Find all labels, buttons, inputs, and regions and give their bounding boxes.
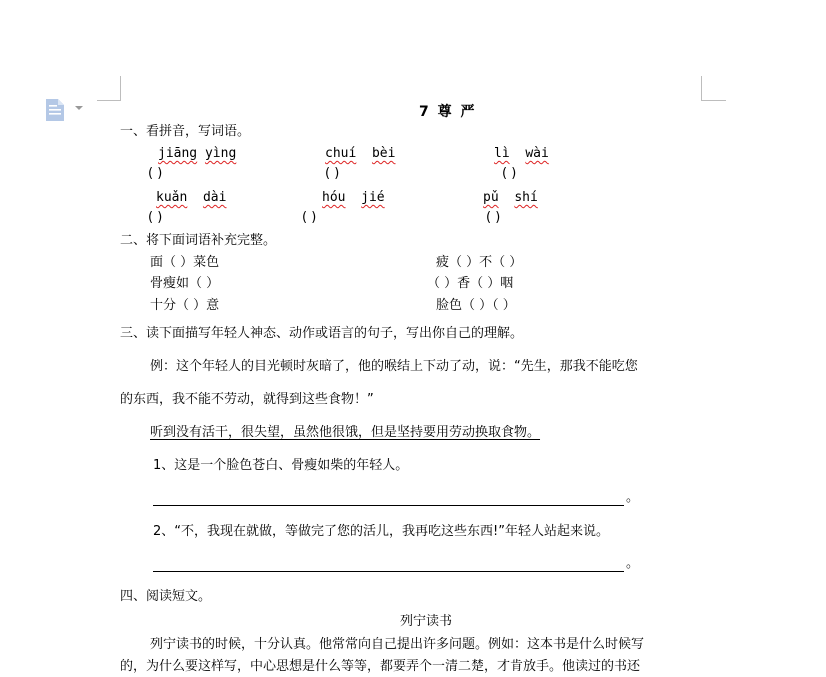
- answer-blank-5[interactable]: ( ): [302, 210, 316, 226]
- pinyin-syllable: hóu: [322, 190, 345, 205]
- page-corner-top-right: [701, 76, 726, 101]
- answer-line-1-end: 。: [626, 490, 639, 506]
- pinyin-syllable: chuí: [325, 146, 356, 161]
- example-line-2: 的东西，我不能不劳动，就得到这些食物！”: [120, 392, 374, 408]
- fill-phrase[interactable]: （ ）香（ ）咽: [427, 276, 513, 292]
- passage-line-1: 列宁读书的时候，十分认真。他常常向自己提出许多问题。例如：这本书是什么时候写: [150, 637, 644, 653]
- pinyin-syllable: yìng: [205, 146, 236, 161]
- answer-blank-6[interactable]: ( ): [486, 210, 500, 226]
- answer-line-2[interactable]: [153, 571, 624, 572]
- pinyin-syllable: lì: [494, 146, 510, 161]
- answer-blank-1[interactable]: ( ): [148, 166, 162, 182]
- pinyin-syllable: jié: [361, 190, 384, 205]
- pinyin-item-2: chuí bèi: [325, 146, 395, 162]
- pinyin-syllable: shí: [514, 190, 537, 205]
- pinyin-item-5: hóu jié: [322, 190, 385, 206]
- fill-phrase[interactable]: 骨瘦如（ ）: [150, 276, 219, 292]
- page-corner-top-left: [97, 76, 121, 101]
- fill-phrase[interactable]: 十分（ ）意: [150, 298, 219, 314]
- answer-blank-4[interactable]: ( ): [148, 210, 162, 226]
- pinyin-item-6: pǔ shí: [483, 190, 538, 206]
- pinyin-syllable: kuǎn: [156, 190, 187, 205]
- passage-line-2: 的，为什么要这样写，中心思想是什么等等，都要弄个一清二楚，才肯放手。他读过的书还: [120, 659, 640, 675]
- document-icon[interactable]: [46, 99, 64, 121]
- pinyin-syllable: dài: [203, 190, 226, 205]
- answer-line-2-end: 。: [626, 556, 639, 572]
- pinyin-syllable: bèi: [372, 146, 395, 161]
- section4-heading: 四、阅读短文。: [120, 589, 211, 605]
- pinyin-syllable: pǔ: [483, 190, 499, 205]
- pinyin-item-4: kuǎn dài: [156, 190, 226, 206]
- question-2: 2、“不，我现在就做，等做完了您的活儿，我再吃这些东西!”年轻人站起来说。: [153, 524, 609, 540]
- pinyin-syllable: wài: [525, 146, 548, 161]
- section1-heading: 一、看拼音，写词语。: [120, 124, 250, 140]
- section2-heading: 二、将下面词语补充完整。: [120, 233, 276, 249]
- answer-blank-2[interactable]: ( ): [325, 166, 339, 182]
- answer-blank-3[interactable]: ( ): [502, 166, 516, 182]
- fill-phrase[interactable]: 脸色（ ）（ ）: [436, 298, 516, 314]
- pinyin-item-3: lì wài: [494, 146, 549, 162]
- fill-phrase[interactable]: 疲（ ）不（ ）: [436, 255, 522, 271]
- example-answer: 听到没有活干，很失望，虽然他很饿，但是坚持要用劳动换取食物。: [150, 425, 540, 441]
- caret-down-icon[interactable]: [75, 106, 83, 110]
- fill-phrase[interactable]: 面（ ）菜色: [150, 255, 219, 271]
- example-line-1: 例：这个年轻人的目光顿时灰暗了，他的喉结上下动了动，说：“先生，那我不能吃您: [150, 359, 638, 375]
- page-title: 7 尊 严: [419, 101, 477, 121]
- section3-heading: 三、读下面描写年轻人神态、动作或语言的句子，写出你自己的理解。: [120, 326, 523, 342]
- passage-title: 列宁读书: [400, 614, 452, 630]
- pinyin-item-1: jiāng yìng: [158, 146, 236, 162]
- pinyin-syllable: jiāng: [158, 146, 197, 161]
- question-1: 1、这是一个脸色苍白、骨瘦如柴的年轻人。: [153, 458, 408, 474]
- answer-line-1[interactable]: [153, 505, 624, 506]
